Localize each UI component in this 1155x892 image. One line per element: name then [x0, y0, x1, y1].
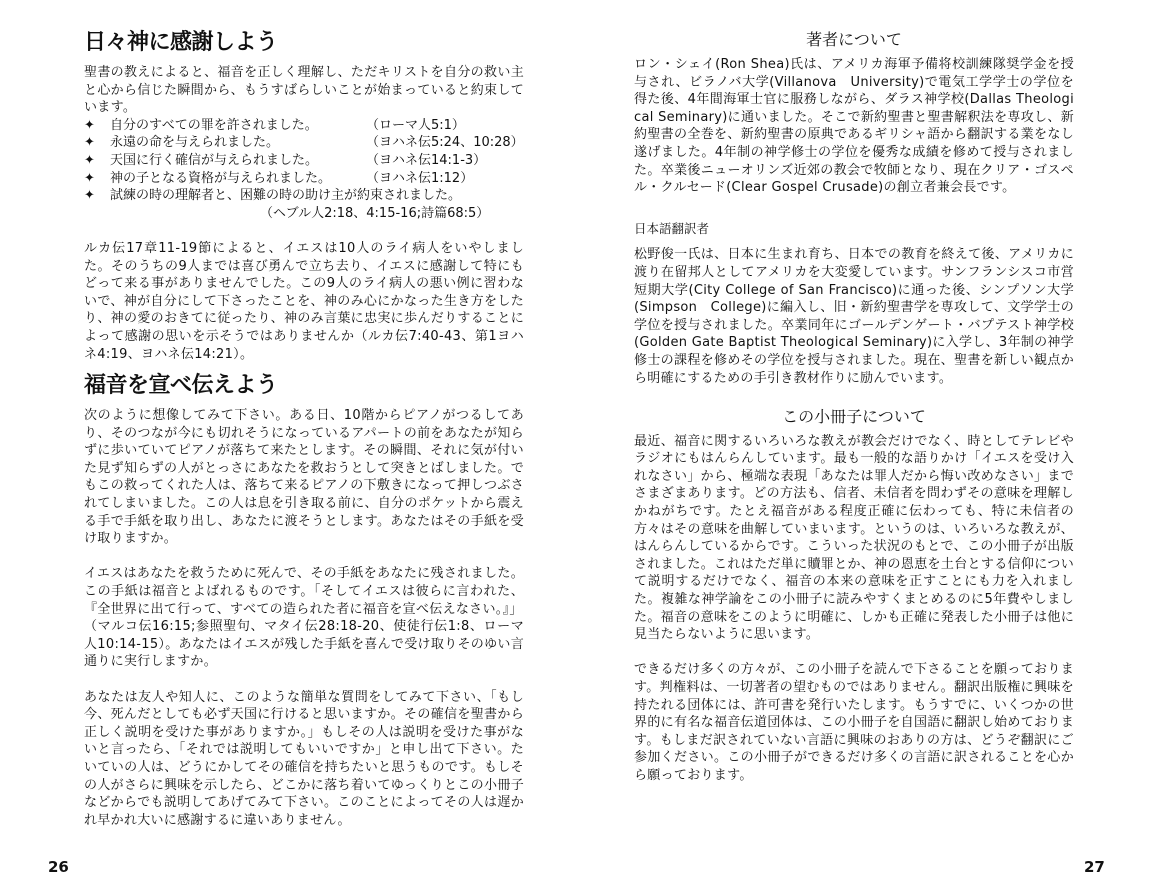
- section-title-thanks: 日々神に感謝しよう: [84, 28, 524, 58]
- page-number-left: 26: [48, 858, 69, 876]
- bullet-text: 神の子となる資格が与えられました。: [110, 170, 366, 188]
- bullet-last-reference: （ヘブル人2:18、4:15-16;詩篇68:5）: [84, 205, 524, 223]
- left-page: 日々神に感謝しよう 聖書の教えによると、福音を正しく理解し、ただキリストを自分の…: [0, 0, 577, 892]
- author-paragraph: ロン・シェイ(Ron Shea)氏は、アメリカ海軍予備将校訓練隊奨学金を授与され…: [634, 56, 1074, 197]
- letter-reference-paragraph: （マルコ伝16:15;参照聖句、マタイ伝28:18-20、使徒行伝1:8、ローマ…: [84, 618, 524, 671]
- right-page: 著者について ロン・シェイ(Ron Shea)氏は、アメリカ海軍予備将校訓練隊奨…: [577, 0, 1155, 892]
- section-title-gospel: 福音を宣べ伝えよう: [84, 371, 524, 401]
- bullet-text: 試練の時の理解者と、困難の時の助け主が約束されました。: [110, 187, 461, 205]
- bullet-reference: （ヨハネ伝14:1-3）: [366, 152, 486, 170]
- left-column: 日々神に感謝しよう 聖書の教えによると、福音を正しく理解し、ただキリストを自分の…: [84, 28, 524, 829]
- star-bullet-icon: ✦: [84, 170, 110, 188]
- star-bullet-icon: ✦: [84, 117, 110, 135]
- booklet-paragraph-2: できるだけ多くの方々が、この小冊子を読んで下さることを願っております。判権料は、…: [634, 661, 1074, 784]
- list-item: ✦ 自分のすべての罪を許されました。 （ローマ人5:1）: [84, 117, 524, 135]
- bullet-reference: （ヨハネ伝5:24、10:28）: [366, 134, 524, 152]
- booklet-paragraph-1: 最近、福音に関するいろいろな教えが教会だけでなく、時としてテレビやラジオにもはん…: [634, 433, 1074, 644]
- piano-paragraph: 次のように想像してみて下さい。ある日、10階からピアノがつるしてあり、そのつなが…: [84, 407, 524, 548]
- star-bullet-icon: ✦: [84, 152, 110, 170]
- section-title-booklet: この小冊子について: [634, 405, 1074, 429]
- bullet-text: 自分のすべての罪を許されました。: [110, 117, 366, 135]
- question-paragraph: あなたは友人や知人に、このような簡単な質問をしてみて下さい、「もし今、死んだとし…: [84, 689, 524, 830]
- list-item: ✦ 神の子となる資格が与えられました。 （ヨハネ伝1:12）: [84, 170, 524, 188]
- intro-paragraph: 聖書の教えによると、福音を正しく理解し、ただキリストを自分の救い主と心から信じた…: [84, 64, 524, 117]
- letter-paragraph: イエスはあなたを救うために死んで、その手紙をあなたに残されました。この手紙は福音…: [84, 565, 524, 618]
- page-number-right: 27: [1084, 858, 1105, 876]
- bullet-reference: （ヨハネ伝1:12）: [366, 170, 473, 188]
- promise-list: ✦ 自分のすべての罪を許されました。 （ローマ人5:1） ✦ 永遠の命を与えられ…: [84, 117, 524, 205]
- section-title-translator: 日本語翻訳者: [634, 220, 1074, 238]
- star-bullet-icon: ✦: [84, 187, 110, 205]
- right-column: 著者について ロン・シェイ(Ron Shea)氏は、アメリカ海軍予備将校訓練隊奨…: [634, 28, 1074, 785]
- translator-paragraph: 松野俊一氏は、日本に生まれ育ち、日本での教育を終えて後、アメリカに渡り在留邦人と…: [634, 246, 1074, 387]
- section-title-author: 著者について: [634, 28, 1074, 52]
- star-bullet-icon: ✦: [84, 134, 110, 152]
- bullet-text: 天国に行く確信が与えられました。: [110, 152, 366, 170]
- bullet-reference: （ローマ人5:1）: [366, 117, 465, 135]
- bullet-text: 永遠の命を与えられました。: [110, 134, 366, 152]
- list-item: ✦ 試練の時の理解者と、困難の時の助け主が約束されました。: [84, 187, 524, 205]
- luke-paragraph: ルカ伝17章11-19節によると、イエスは10人のライ病人をいやしました。そのう…: [84, 240, 524, 363]
- list-item: ✦ 天国に行く確信が与えられました。 （ヨハネ伝14:1-3）: [84, 152, 524, 170]
- list-item: ✦ 永遠の命を与えられました。 （ヨハネ伝5:24、10:28）: [84, 134, 524, 152]
